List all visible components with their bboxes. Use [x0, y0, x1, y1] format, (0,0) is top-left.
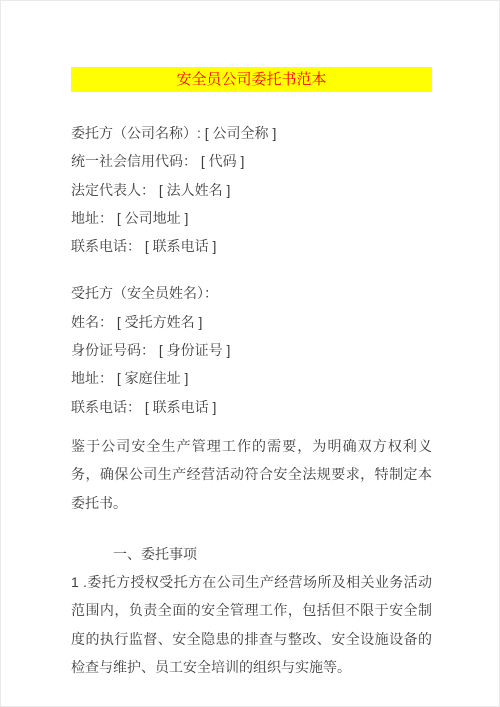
section-1-heading: 一、委托事项: [71, 540, 432, 568]
document-page: 安全员公司委托书范本 委托方（公司名称）: [ 公司全称 ] 统一社会信用代码：…: [0, 0, 500, 707]
entrusting-party-block: 委托方（公司名称）: [ 公司全称 ] 统一社会信用代码： [ 代码 ] 法定代…: [71, 119, 432, 260]
id-number-line: 身份证号码： [ 身份证号 ]: [71, 336, 432, 364]
entrusted-party-block: 受托方（安全员姓名）： 姓名： [ 受托方姓名 ] 身份证号码： [ 身份证号 …: [71, 279, 432, 420]
entrusted-phone-line: 联系电话： [ 联系电话 ]: [71, 393, 432, 421]
document-content: 安全员公司委托书范本 委托方（公司名称）: [ 公司全称 ] 统一社会信用代码：…: [1, 1, 499, 681]
document-title: 安全员公司委托书范本: [176, 71, 326, 88]
company-phone-line: 联系电话： [ 联系电话 ]: [71, 232, 432, 260]
entrusting-party-name-line: 委托方（公司名称）: [ 公司全称 ]: [71, 119, 432, 147]
company-address-line: 地址： [ 公司地址 ]: [71, 204, 432, 232]
entrusted-name-line: 姓名： [ 受托方姓名 ]: [71, 308, 432, 336]
preamble-paragraph: 鉴于公司安全生产管理工作的需要，为明确双方权利义务，确保公司生产经营活动符合安全…: [71, 432, 432, 517]
credit-code-line: 统一社会信用代码： [ 代码 ]: [71, 147, 432, 175]
entrusted-party-heading-line: 受托方（安全员姓名）：: [71, 279, 432, 307]
section-1-item-1: 1 .委托方授权受托方在公司生产经营场所及相关业务活动范围内，负责全面的安全管理…: [71, 568, 432, 681]
legal-representative-line: 法定代表人： [ 法人姓名 ]: [71, 176, 432, 204]
document-title-highlight: 安全员公司委托书范本: [71, 67, 432, 92]
home-address-line: 地址： [ 家庭住址 ]: [71, 364, 432, 392]
